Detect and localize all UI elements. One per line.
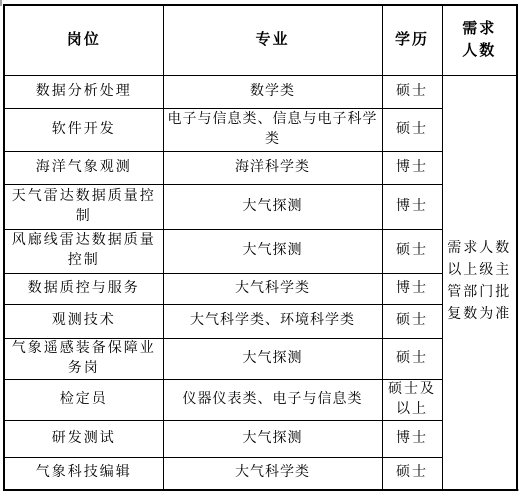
position-cell: 气象遥感装备保障业务岗 (4, 338, 163, 379)
table-row: 数据质控与服务 大气科学类 博士 (4, 273, 517, 304)
table-row: 天气雷达数据质量控制 大气探测 博士 (4, 184, 517, 229)
header-major: 专业 (163, 5, 382, 75)
position-cell: 研发测试 (4, 420, 163, 457)
table-row: 风廊线雷达数据质量控制 大气探测 硕士 (4, 229, 517, 273)
header-degree: 学历 (382, 5, 442, 75)
degree-cell: 硕士 (382, 108, 442, 151)
major-cell: 大气探测 (163, 184, 382, 229)
screen-artifact-top-left (0, 0, 2, 6)
degree-cell: 硕士 (382, 75, 442, 108)
position-cell: 软件开发 (4, 108, 163, 151)
major-cell: 海洋科学类 (163, 151, 382, 184)
degree-cell: 博士 (382, 420, 442, 457)
degree-cell: 硕士 (382, 457, 442, 490)
position-cell: 海洋气象观测 (4, 151, 163, 184)
table-row: 研发测试 大气探测 博士 (4, 420, 517, 457)
major-cell: 大气探测 (163, 229, 382, 273)
position-cell: 检定员 (4, 379, 163, 420)
degree-cell: 硕士 (382, 304, 442, 338)
table-row: 软件开发 电子与信息类、信息与电子科学类 硕士 (4, 108, 517, 151)
major-cell: 电子与信息类、信息与电子科学类 (163, 108, 382, 151)
position-cell: 气象科技编辑 (4, 457, 163, 490)
position-cell: 数据分析处理 (4, 75, 163, 108)
degree-cell: 博士 (382, 151, 442, 184)
recruitment-table: 岗位 专业 学历 需求 人数 数据分析处理 数学类 硕士 需求人数以上级主管部门… (3, 4, 518, 491)
major-cell: 大气探测 (163, 338, 382, 379)
table-row: 检定员 仪器仪表类、电子与信息类 硕士及以上 (4, 379, 517, 420)
table-row: 气象科技编辑 大气科学类 硕士 (4, 457, 517, 490)
degree-cell: 硕士及以上 (382, 379, 442, 420)
table-row: 气象遥感装备保障业务岗 大气探测 硕士 (4, 338, 517, 379)
degree-cell: 博士 (382, 184, 442, 229)
major-cell: 大气科学类 (163, 273, 382, 304)
major-cell: 大气科学类、环境科学类 (163, 304, 382, 338)
table-row: 观测技术 大气科学类、环境科学类 硕士 (4, 304, 517, 338)
table-header-row: 岗位 专业 学历 需求 人数 (4, 5, 517, 75)
major-cell: 大气科学类 (163, 457, 382, 490)
major-cell: 数学类 (163, 75, 382, 108)
header-position: 岗位 (4, 5, 163, 75)
position-cell: 数据质控与服务 (4, 273, 163, 304)
degree-cell: 硕士 (382, 229, 442, 273)
headcount-note-cell: 需求人数以上级主管部门批复数为准 (442, 75, 517, 490)
header-headcount: 需求 人数 (442, 5, 517, 75)
table-row: 海洋气象观测 海洋科学类 博士 (4, 151, 517, 184)
major-cell: 仪器仪表类、电子与信息类 (163, 379, 382, 420)
degree-cell: 博士 (382, 273, 442, 304)
position-cell: 观测技术 (4, 304, 163, 338)
table-row: 数据分析处理 数学类 硕士 需求人数以上级主管部门批复数为准 (4, 75, 517, 108)
position-cell: 天气雷达数据质量控制 (4, 184, 163, 229)
position-cell: 风廊线雷达数据质量控制 (4, 229, 163, 273)
major-cell: 大气探测 (163, 420, 382, 457)
degree-cell: 硕士 (382, 338, 442, 379)
